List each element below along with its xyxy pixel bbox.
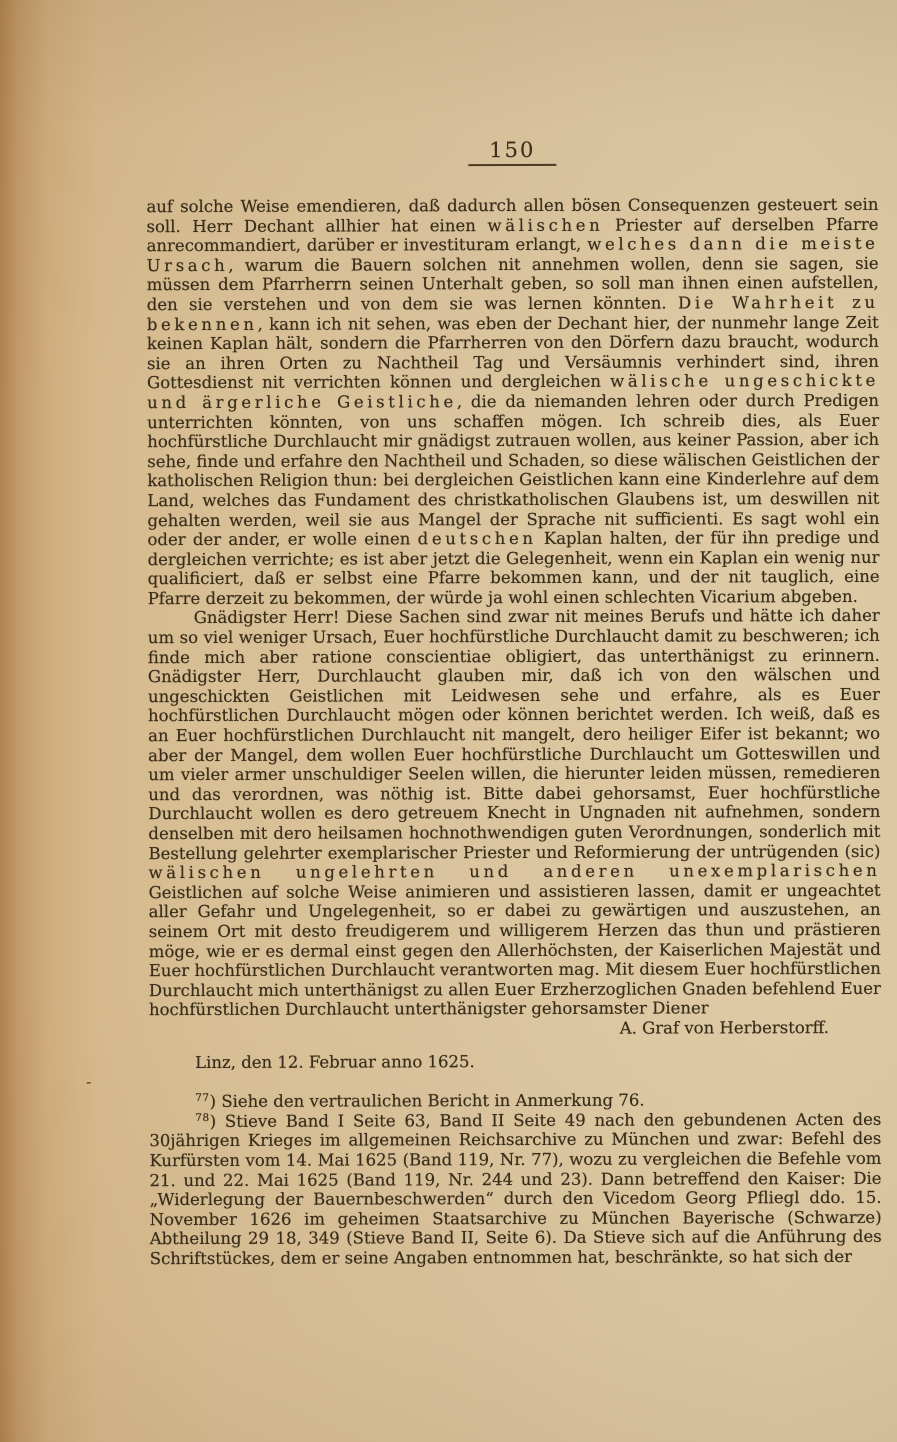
- dateline: Linz, den 12. Februar anno 1625.: [149, 1050, 881, 1072]
- letter-paragraph: auf solche Weise emendieren, daß dadurch…: [146, 195, 879, 609]
- page-number-rule: [468, 164, 556, 166]
- footnote: 78) Stieve Band I Seite 63, Band II Seit…: [149, 1110, 881, 1269]
- letter-body: auf solche Weise emendieren, daß dadurch…: [146, 195, 881, 1020]
- emphasized-text: deutschen: [418, 529, 537, 548]
- footnote-text: ) Siehe den vertraulichen Bericht in Anm…: [210, 1091, 645, 1111]
- body-text: , die da niemanden lehren oder durch Pre…: [147, 391, 879, 549]
- footnotes: 77) Siehe den vertraulichen Bericht in A…: [149, 1090, 882, 1269]
- page-header: 150: [146, 137, 878, 167]
- emphasized-text: wälischen ungelehrten und anderen unexem…: [149, 861, 881, 882]
- footnote-text: ) Stieve Band I Seite 63, Band II Seite …: [149, 1110, 881, 1268]
- footnote: 77) Siehe den vertraulichen Bericht in A…: [149, 1090, 881, 1112]
- scanned-book-page: { "page": { "number": "150", "margin_mar…: [0, 0, 897, 1442]
- body-text: Geistlichen auf solche Weise animieren u…: [149, 881, 881, 1020]
- footnote-marker: 77: [195, 1092, 209, 1104]
- page-content: 150 auf solche Weise emendieren, daß dad…: [146, 137, 882, 1269]
- page-number: 150: [489, 138, 535, 162]
- margin-scan-mark: -: [86, 1072, 91, 1091]
- footnote-marker: 78: [195, 1112, 209, 1124]
- signature: A. Graf von Herberstorff.: [149, 1018, 881, 1040]
- letter-paragraph: Gnädigster Herr! Diese Sachen sind zwar …: [148, 606, 881, 1020]
- body-text: Gnädigster Herr! Diese Sachen sind zwar …: [148, 606, 881, 862]
- emphasized-text: wälischen: [487, 215, 603, 234]
